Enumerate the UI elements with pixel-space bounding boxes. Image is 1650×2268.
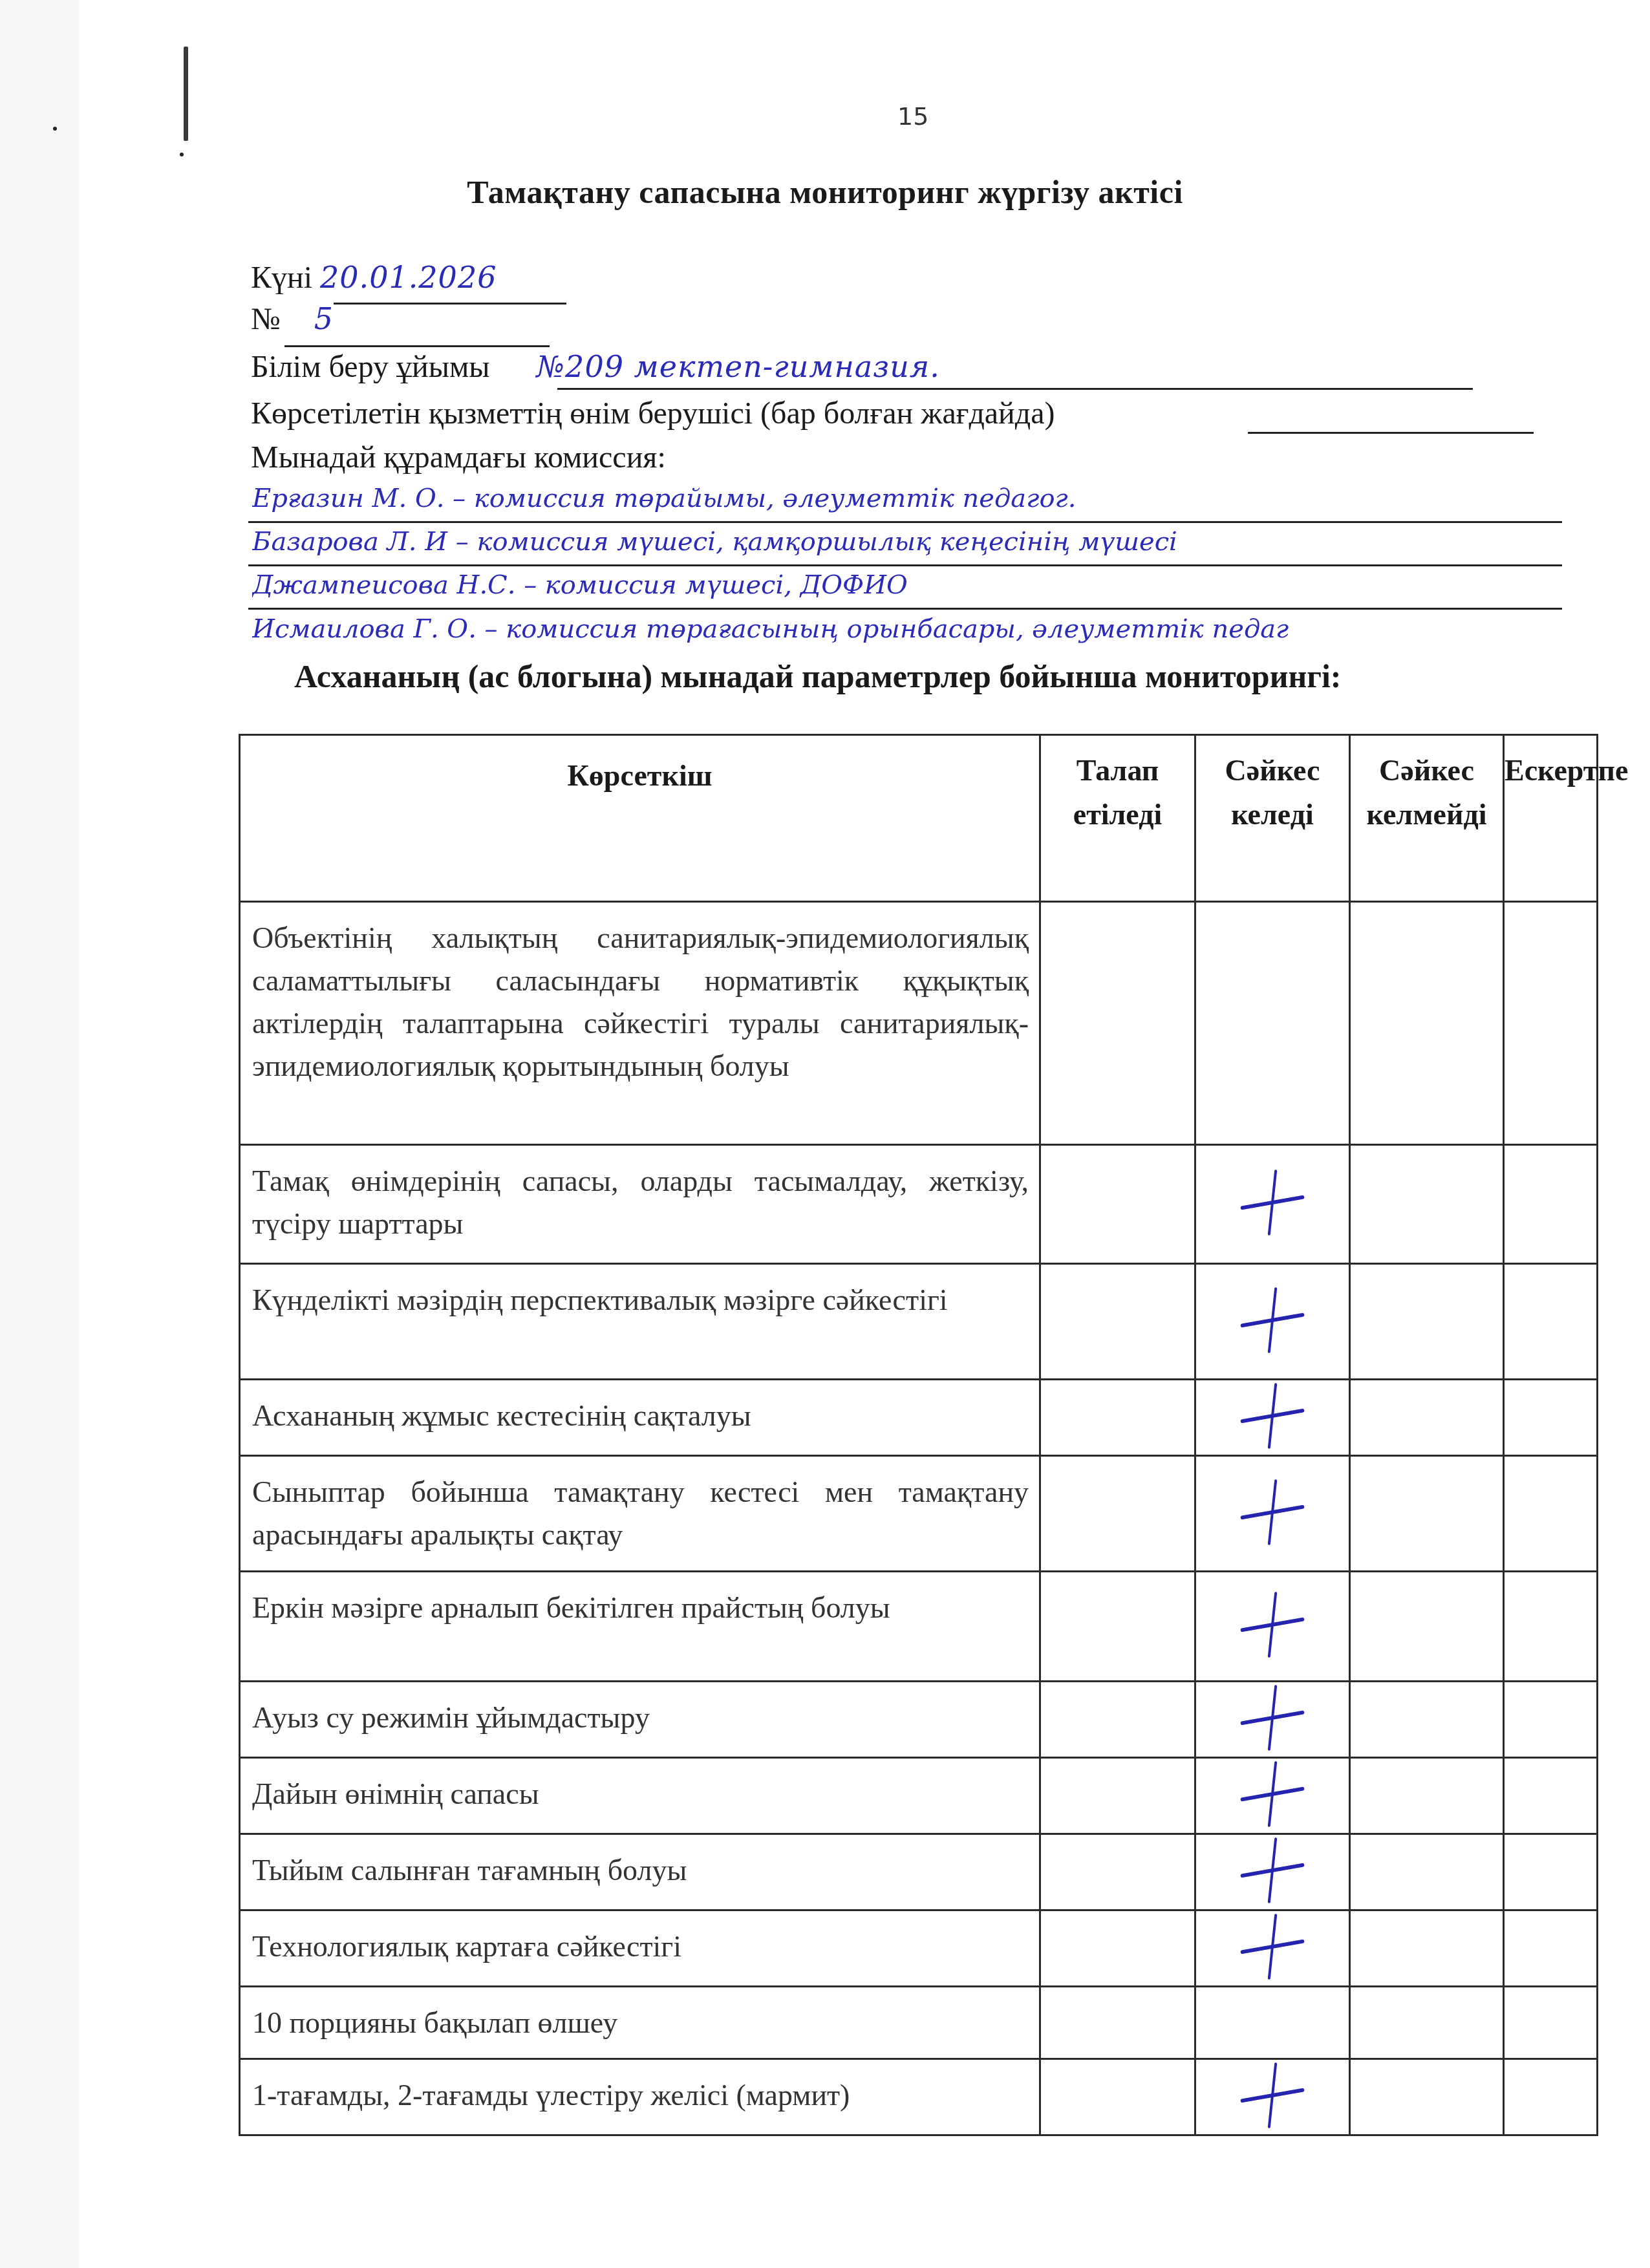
compliant-cell[interactable] (1195, 1910, 1350, 1987)
plus-mark-icon (1234, 1835, 1311, 1906)
required-cell[interactable] (1040, 1682, 1195, 1758)
note-cell[interactable] (1504, 1682, 1598, 1758)
header-note: Ескертпе (1504, 735, 1598, 902)
note-cell[interactable] (1504, 1987, 1598, 2059)
indicator-cell: Күнделікті мәзірдің перспективалық мәзір… (240, 1264, 1040, 1380)
indicator-cell: Технологиялық картаға сәйкестігі (240, 1910, 1040, 1987)
note-cell[interactable] (1504, 1264, 1598, 1380)
commission-member-2[interactable]: Базарова Л. И – комиссия мүшесі, қамқорш… (252, 527, 1565, 557)
noncompliant-cell[interactable] (1350, 1987, 1504, 2059)
required-cell[interactable] (1040, 1145, 1195, 1264)
table-row: Ауыз су режимін ұйымдастыру (240, 1682, 1598, 1758)
number-field: № 5 (251, 301, 334, 337)
note-cell[interactable] (1504, 1572, 1598, 1682)
compliant-cell[interactable] (1195, 902, 1350, 1145)
compliant-cell[interactable] (1195, 1572, 1350, 1682)
required-cell[interactable] (1040, 902, 1195, 1145)
plus-mark-icon (1234, 1911, 1311, 1982)
noncompliant-cell[interactable] (1350, 1682, 1504, 1758)
organization-field: Білім беру ұйымы №209 мектеп-гимназия. (251, 349, 940, 385)
required-cell[interactable] (1040, 1572, 1195, 1682)
document-title: Тамақтану сапасына мониторинг жүргізу ак… (0, 173, 1650, 211)
indicator-cell: 10 порцияны бақылап өлшеу (240, 1987, 1040, 2059)
plus-mark-icon (1234, 2060, 1311, 2131)
provider-field: Көрсетілетін қызметтің өнім берушісі (ба… (251, 396, 1055, 431)
table-row: Тыйым салынған тағамның болуы (240, 1834, 1598, 1910)
noncompliant-cell[interactable] (1350, 1758, 1504, 1834)
indicator-cell: Тамақ өнімдерінің сапасы, оларды тасымал… (240, 1145, 1040, 1264)
required-cell[interactable] (1040, 1456, 1195, 1572)
monitoring-table: Көрсеткіш Талап етіледі Сәйкес келеді Сә… (239, 734, 1598, 2136)
required-cell[interactable] (1040, 1987, 1195, 2059)
note-cell[interactable] (1504, 902, 1598, 1145)
table-row: 1-тағамды, 2-тағамды үлестіру желісі (ма… (240, 2059, 1598, 2135)
table-row: Асхананың жұмыс кестесінің сақталуы (240, 1380, 1598, 1456)
date-field: Күні 20.01.2026 (251, 260, 497, 295)
note-cell[interactable] (1504, 2059, 1598, 2135)
noncompliant-cell[interactable] (1350, 1380, 1504, 1456)
table-row: 10 порцияны бақылап өлшеу (240, 1987, 1598, 2059)
note-cell[interactable] (1504, 1380, 1598, 1456)
compliant-cell[interactable] (1195, 1145, 1350, 1264)
header-indicator: Көрсеткіш (240, 735, 1040, 902)
date-label: Күні (251, 261, 312, 295)
compliant-cell[interactable] (1195, 2059, 1350, 2135)
table-row: Еркін мәзірге арналып бекітілген прайсты… (240, 1572, 1598, 1682)
indicator-cell: 1-тағамды, 2-тағамды үлестіру желісі (ма… (240, 2059, 1040, 2135)
plus-mark-icon (1234, 1589, 1311, 1660)
noncompliant-cell[interactable] (1350, 1910, 1504, 1987)
compliant-cell[interactable] (1195, 1456, 1350, 1572)
commission-underline (248, 608, 1562, 610)
provider-underline (1248, 432, 1534, 434)
date-underline (334, 303, 566, 305)
commission-member-1[interactable]: Ерғазин М. О. – комиссия төрайымы, әлеум… (252, 484, 1565, 513)
header-compliant: Сәйкес келеді (1195, 735, 1350, 902)
compliant-cell[interactable] (1195, 1682, 1350, 1758)
noncompliant-cell[interactable] (1350, 1145, 1504, 1264)
table-row: Сыныптар бойынша тамақтану кестесі мен т… (240, 1456, 1598, 1572)
commission-member-4[interactable]: Исмаилова Г. О. – комиссия төрағасының о… (252, 614, 1629, 644)
indicator-cell: Ауыз су режимін ұйымдастыру (240, 1682, 1040, 1758)
noncompliant-cell[interactable] (1350, 1456, 1504, 1572)
indicator-cell: Объектінің халықтың санитариялық-эпидеми… (240, 902, 1040, 1145)
indicator-cell: Асхананың жұмыс кестесінің сақталуы (240, 1380, 1040, 1456)
provider-label: Көрсетілетін қызметтің өнім берушісі (ба… (251, 396, 1055, 431)
required-cell[interactable] (1040, 2059, 1195, 2135)
scan-speck (53, 127, 57, 131)
plus-mark-icon (1234, 1759, 1311, 1830)
required-cell[interactable] (1040, 1758, 1195, 1834)
plus-mark-icon (1234, 1682, 1311, 1753)
page-number: 15 (897, 102, 928, 131)
organization-underline (557, 388, 1473, 390)
commission-label: Мынадай құрамдағы комиссия: (251, 440, 666, 475)
note-cell[interactable] (1504, 1456, 1598, 1572)
date-value[interactable]: 20.01.2026 (320, 260, 497, 295)
indicator-cell: Сыныптар бойынша тамақтану кестесі мен т… (240, 1456, 1040, 1572)
note-cell[interactable] (1504, 1145, 1598, 1264)
compliant-cell[interactable] (1195, 1264, 1350, 1380)
compliant-cell[interactable] (1195, 1987, 1350, 2059)
commission-member-3[interactable]: Джампеисова Н.С. – комиссия мүшесі, ДОФИ… (252, 570, 1565, 600)
note-cell[interactable] (1504, 1834, 1598, 1910)
required-cell[interactable] (1040, 1910, 1195, 1987)
noncompliant-cell[interactable] (1350, 1834, 1504, 1910)
indicator-cell: Тыйым салынған тағамның болуы (240, 1834, 1040, 1910)
table-row: Күнделікті мәзірдің перспективалық мәзір… (240, 1264, 1598, 1380)
table-row: Технологиялық картаға сәйкестігі (240, 1910, 1598, 1987)
table-row: Дайын өнімнің сапасы (240, 1758, 1598, 1834)
indicator-cell: Дайын өнімнің сапасы (240, 1758, 1040, 1834)
compliant-cell[interactable] (1195, 1758, 1350, 1834)
noncompliant-cell[interactable] (1350, 1572, 1504, 1682)
organization-value[interactable]: №209 мектеп-гимназия. (537, 349, 940, 384)
noncompliant-cell[interactable] (1350, 2059, 1504, 2135)
commission-underline (248, 564, 1562, 566)
plus-mark-icon (1234, 1380, 1311, 1451)
number-label: № (251, 302, 281, 336)
required-cell[interactable] (1040, 1264, 1195, 1380)
header-noncompliant: Сәйкес келмейді (1350, 735, 1504, 902)
plus-mark-icon (1234, 1477, 1311, 1548)
note-cell[interactable] (1504, 1758, 1598, 1834)
plus-mark-icon (1234, 1167, 1311, 1238)
table-header-row: Көрсеткіш Талап етіледі Сәйкес келеді Сә… (240, 735, 1598, 902)
compliant-cell[interactable] (1195, 1834, 1350, 1910)
note-cell[interactable] (1504, 1910, 1598, 1987)
noncompliant-cell[interactable] (1350, 1264, 1504, 1380)
indicator-cell: Еркін мәзірге арналып бекітілген прайсты… (240, 1572, 1040, 1682)
plus-mark-icon (1234, 1285, 1311, 1356)
binding-mark (184, 47, 188, 141)
organization-label: Білім беру ұйымы (251, 350, 490, 384)
header-required: Талап етіледі (1040, 735, 1195, 902)
scan-speck (180, 153, 184, 156)
commission-underline (248, 521, 1562, 523)
noncompliant-cell[interactable] (1350, 902, 1504, 1145)
scan-edge (0, 0, 79, 2268)
compliant-cell[interactable] (1195, 1380, 1350, 1456)
required-cell[interactable] (1040, 1380, 1195, 1456)
number-value[interactable]: 5 (314, 301, 334, 336)
table-row: Объектінің халықтың санитариялық-эпидеми… (240, 902, 1598, 1145)
section-heading: Асхананың (ас блогына) мынадай параметрл… (294, 658, 1342, 695)
required-cell[interactable] (1040, 1834, 1195, 1910)
number-underline (284, 345, 550, 347)
table-row: Тамақ өнімдерінің сапасы, оларды тасымал… (240, 1145, 1598, 1264)
